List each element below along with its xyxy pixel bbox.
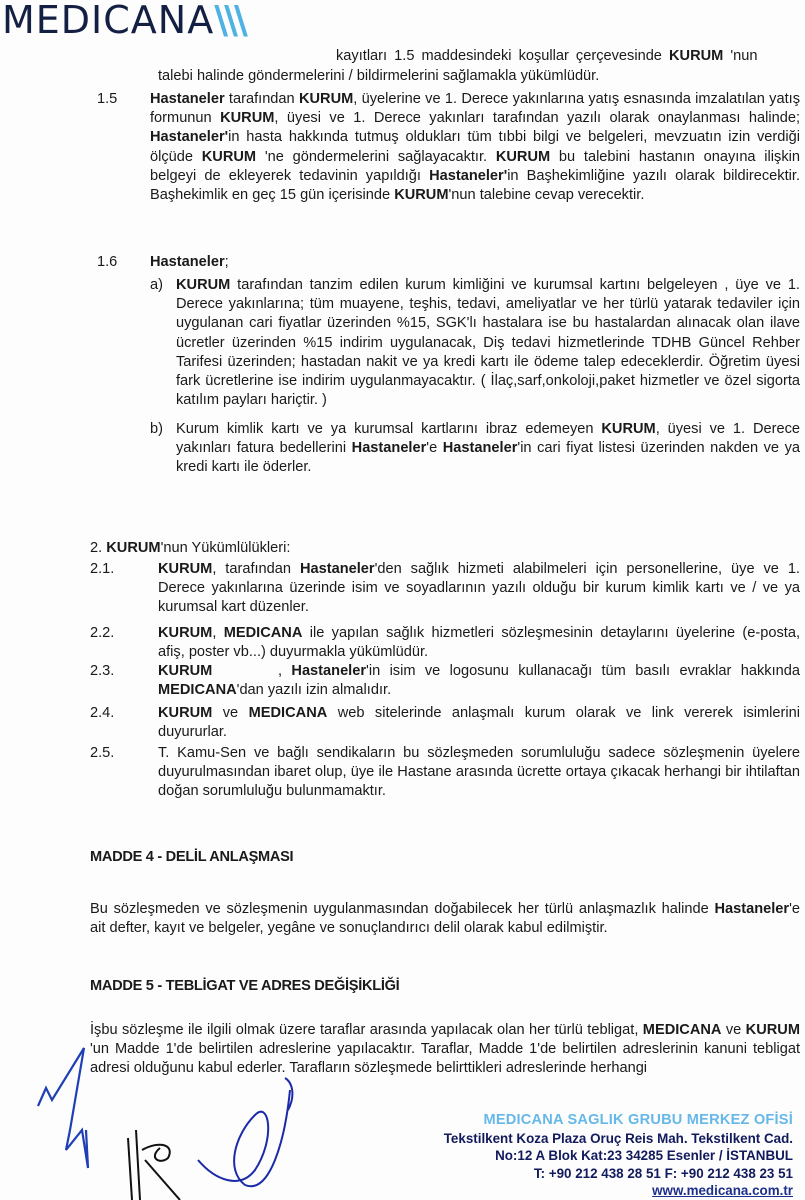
- bold-text: MEDICANA: [224, 625, 303, 641]
- bold-text: KURUM: [158, 705, 212, 721]
- continuation-line-2: talebi halinde göndermelerini / bildirme…: [158, 67, 798, 86]
- bold-text: KURUM: [601, 421, 655, 437]
- bold-text: MEDICANA: [158, 682, 237, 698]
- bold-text: MEDICANA: [643, 1022, 722, 1038]
- text: 'e: [426, 440, 442, 456]
- bold-text: Hastaneler: [714, 901, 789, 917]
- signature-1-icon: [38, 1048, 88, 1168]
- footer-address-line-1: Tekstilkent Koza Plaza Oruç Reis Mah. Te…: [444, 1130, 793, 1148]
- text: tarafından: [225, 91, 299, 107]
- section-2-5-text: T. Kamu-Sen ve bağlı sendikaların bu söz…: [158, 744, 800, 802]
- bold-text: Hastaneler: [291, 663, 366, 679]
- bold-text: KURUM: [220, 110, 274, 126]
- madde-4-text: Bu sözleşmeden ve sözleşmenin uygulanmas…: [90, 900, 800, 938]
- section-number: 2.2.: [90, 624, 114, 643]
- section-2-4-text: KURUM ve MEDICANA web sitelerinde anlaşm…: [158, 704, 800, 742]
- section-2-heading: 2. KURUM'nun Yükümlülükleri:: [90, 539, 290, 558]
- bold-text: KURUM: [299, 91, 353, 107]
- bold-text: KURUM: [394, 187, 448, 203]
- text: T. Kamu-Sen ve bağlı sendikaların bu söz…: [158, 745, 800, 799]
- section-number: 1.6: [97, 253, 117, 272]
- bold-text: KURUM: [176, 277, 230, 293]
- text: 'ne göndermelerini sağlayacaktır.: [256, 149, 496, 165]
- bold-text: KURUM: [106, 540, 160, 556]
- bold-text: KURUM: [158, 663, 212, 679]
- footer-title: MEDICANA SAGLIK GRUBU MERKEZ OFİSİ: [444, 1112, 793, 1130]
- footer-phone: T: +90 212 438 28 51 F: +90 212 438 23 5…: [444, 1165, 793, 1183]
- item-label: a): [150, 276, 163, 295]
- bold-text: MEDICANA: [249, 705, 328, 721]
- footer-address-block: MEDICANA SAGLIK GRUBU MERKEZ OFİSİ Tekst…: [444, 1112, 793, 1200]
- logo-slashes-icon: \\\: [214, 0, 244, 42]
- footer-website-link[interactable]: www.medicana.com.tr: [444, 1182, 793, 1200]
- signature-3-icon: [198, 1078, 292, 1186]
- bold-text: Hastaneler: [150, 254, 225, 270]
- logo-text: MEDICANA: [2, 0, 214, 42]
- section-1-6-b-text: Kurum kimlik kartı ve ya kurumsal kartla…: [176, 420, 800, 478]
- bold-text: KURUM: [496, 149, 550, 165]
- bold-text: Hastaneler: [352, 440, 427, 456]
- text: Kurum kimlik kartı ve ya kurumsal kartla…: [176, 421, 601, 437]
- bold-text: KURUM: [746, 1022, 800, 1038]
- text: 'nun Yükümlülükleri:: [161, 540, 291, 556]
- madde-4-heading: MADDE 4 - DELİL ANLAŞMASI: [90, 848, 293, 867]
- madde-5-heading: MADDE 5 - TEBLİGAT VE ADRES DEĞİŞİKLİĞİ: [90, 977, 399, 996]
- bold-text: KURUM: [158, 561, 212, 577]
- section-number: 2.3.: [90, 662, 114, 681]
- text: ,: [212, 663, 291, 679]
- signature-2-icon: [128, 1130, 180, 1200]
- bold-text: Hastaneler': [150, 129, 228, 145]
- text: , tarafından: [212, 561, 300, 577]
- text: 'nun talebine cevap verecektir.: [449, 187, 645, 203]
- bold-text: Hastaneler: [443, 440, 518, 456]
- signatures: [0, 1020, 320, 1200]
- section-number: 2.4.: [90, 704, 114, 723]
- bold-text: Hastaneler': [429, 168, 507, 184]
- bold-text: KURUM: [158, 625, 212, 641]
- text: 'nun: [723, 48, 757, 64]
- bold-text: KURUM: [669, 48, 723, 64]
- section-1-5-text: Hastaneler tarafından KURUM, üyelerine v…: [150, 90, 800, 205]
- text: 2.: [90, 540, 102, 556]
- section-2-2-text: KURUM, MEDICANA ile yapılan sağlık hizme…: [158, 624, 800, 662]
- text: ve: [721, 1022, 745, 1038]
- text: 'dan yazılı izin almalıdır.: [237, 682, 391, 698]
- section-number: 2.1.: [90, 560, 114, 579]
- medicana-logo: MEDICANA\\\: [2, 0, 244, 42]
- section-number: 1.5: [97, 90, 117, 109]
- continuation-line-1: kayıtları 1.5 maddesindeki koşullar çerç…: [336, 47, 801, 66]
- section-number: 2.5.: [90, 744, 114, 763]
- bold-text: Hastaneler: [150, 91, 225, 107]
- bold-text: KURUM: [202, 149, 256, 165]
- text: ,: [212, 625, 223, 641]
- bold-text: Hastaneler: [300, 561, 375, 577]
- text: , üyesi ve 1. Derece yakınları tarafında…: [274, 110, 800, 126]
- text: 'in isim ve logosunu kullanacağı tüm bas…: [366, 663, 804, 679]
- section-2-3-text: KURUM , Hastaneler'in isim ve logosunu k…: [158, 662, 800, 700]
- text: ;: [225, 254, 229, 270]
- text: Bu sözleşmeden ve sözleşmenin uygulanmas…: [90, 901, 714, 917]
- section-2-1-text: KURUM, tarafından Hastaneler'den sağlık …: [158, 560, 800, 618]
- text: ve: [212, 705, 248, 721]
- text: kayıtları 1.5 maddesindeki koşullar çerç…: [336, 48, 669, 64]
- text: tarafından tanzim edilen kurum kimliğini…: [176, 277, 800, 408]
- section-1-6-a-text: KURUM tarafından tanzim edilen kurum kim…: [176, 276, 800, 410]
- item-label: b): [150, 420, 163, 439]
- section-1-6-title: Hastaneler;: [150, 253, 229, 272]
- footer-address-line-2: No:12 A Blok Kat:23 34285 Esenler / İSTA…: [444, 1147, 793, 1165]
